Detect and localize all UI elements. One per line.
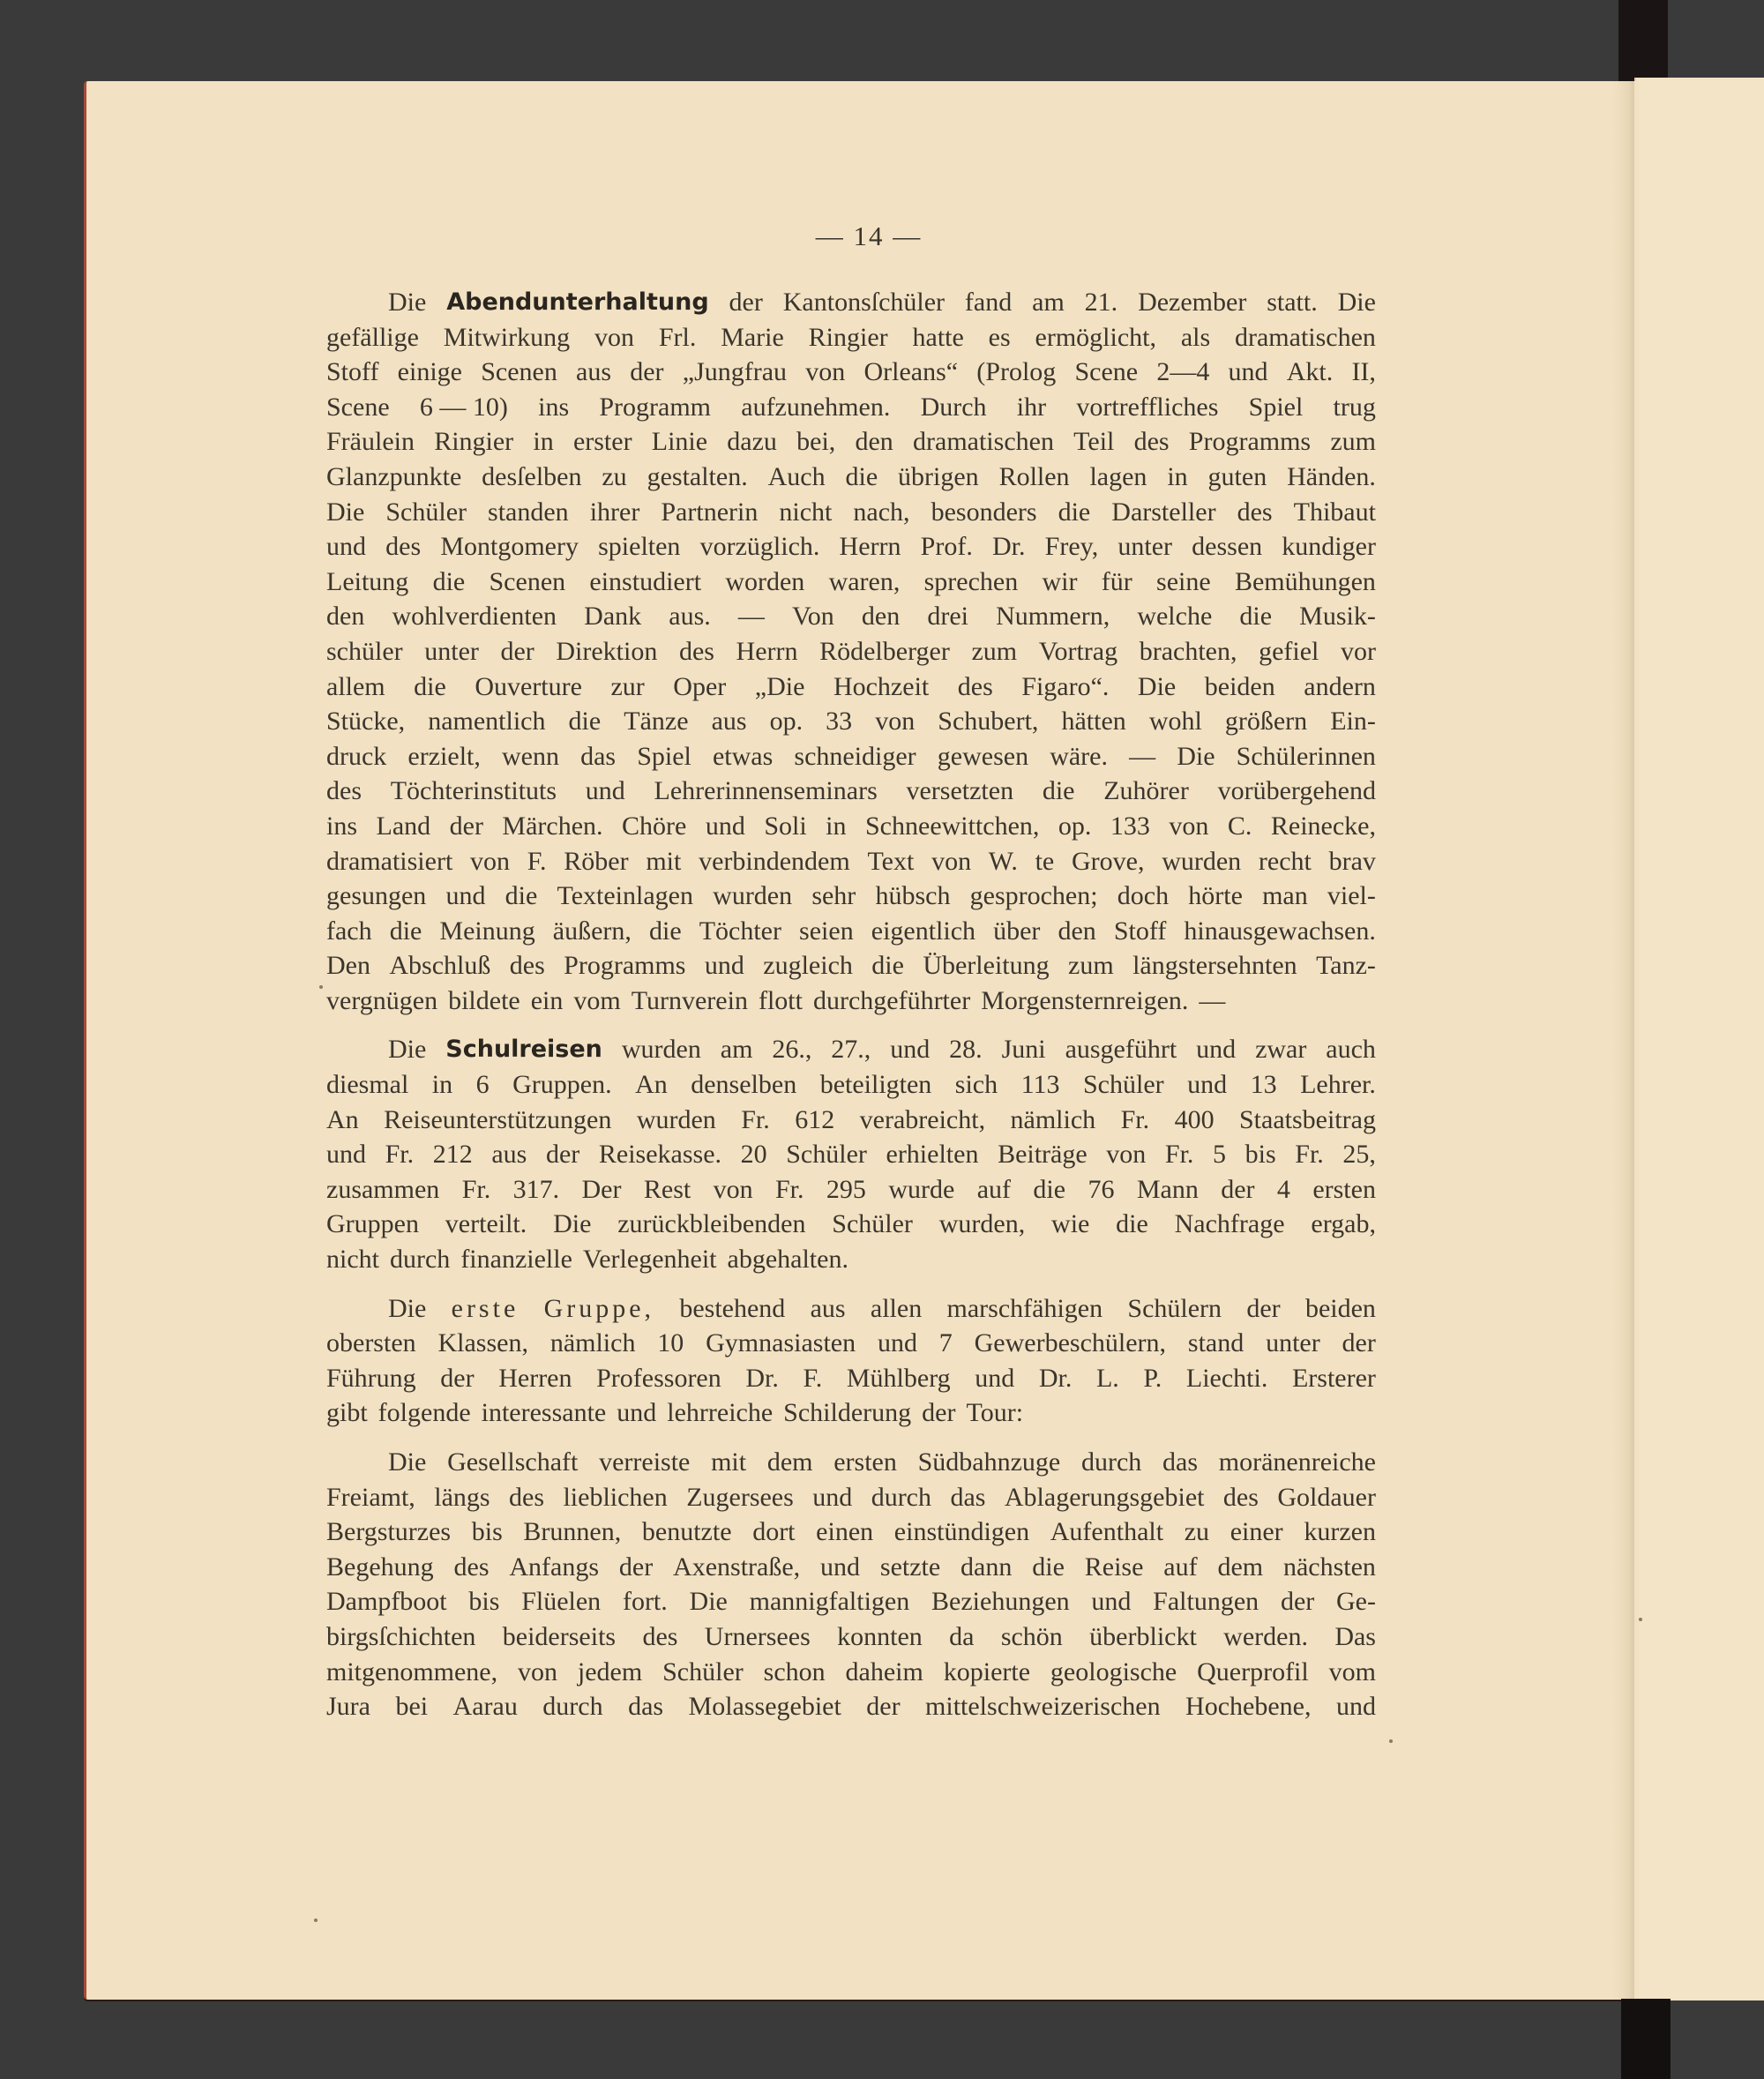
word: von: [1169, 809, 1208, 844]
word: nämlich: [1011, 1103, 1096, 1138]
word: in: [826, 809, 846, 844]
word: denselben: [691, 1067, 796, 1103]
text-line: unddesMontgomeryspieltenvorzüglich.Herrn…: [326, 529, 1376, 565]
word: des: [509, 1480, 544, 1515]
word: Das: [1334, 1619, 1376, 1655]
word: die: [433, 565, 466, 600]
word: fand: [965, 285, 1012, 320]
text-line: fachdieMeinungäußern,dieTöchterseieneige…: [326, 914, 1376, 949]
word: Schüler: [1083, 1067, 1164, 1103]
word: Faltungen: [1153, 1584, 1259, 1619]
text-line: Stücke,namentlichdieTänzeausop.33vonSchu…: [326, 704, 1376, 739]
word: flott: [759, 983, 803, 1019]
word: Dr.: [1039, 1361, 1073, 1396]
word: gewesen: [938, 739, 1028, 774]
word: schön: [1001, 1619, 1063, 1655]
word: Hochebene,: [1185, 1689, 1311, 1724]
word: Stücke,: [326, 704, 405, 739]
word: obersten: [326, 1326, 416, 1361]
text-line: DieersteGruppe,bestehendausallenmarschfä…: [326, 1291, 1376, 1327]
word: wäre.: [1050, 739, 1108, 774]
word: wohlverdienten: [392, 599, 557, 634]
text-line: diesmalin6Gruppen.Andenselbenbeteiligten…: [326, 1067, 1376, 1103]
word: 27.,: [831, 1032, 871, 1067]
word: gesungen: [326, 879, 426, 914]
word: Dr.: [745, 1361, 779, 1396]
word: „Die: [755, 669, 805, 705]
word: gestalten.: [647, 460, 748, 495]
word: Thibaut: [1294, 495, 1376, 530]
word: das: [580, 739, 616, 774]
word: Fr.: [385, 1137, 415, 1172]
word: durch: [1081, 1445, 1141, 1480]
word: Fr.: [1295, 1137, 1324, 1172]
word: statt.: [1267, 285, 1318, 320]
word: die: [1032, 1550, 1065, 1585]
word: unter: [424, 634, 479, 669]
body-text: DieAbendunterhaltungderKantonsſchülerfan…: [326, 285, 1376, 1739]
word: 400: [1175, 1103, 1215, 1138]
word: Staatsbeitrag: [1239, 1103, 1376, 1138]
word: Meinung: [439, 914, 534, 949]
word: Linie: [652, 424, 707, 460]
word: W.: [989, 844, 1018, 879]
word: erster: [573, 424, 632, 460]
word: dramatisiert: [326, 844, 452, 879]
word: Fr.: [462, 1172, 491, 1208]
word: Die: [388, 1445, 426, 1480]
text-line: StoffeinigeScenenausder„JungfrauvonOrlea…: [326, 355, 1376, 390]
word: 26.,: [772, 1032, 811, 1067]
word: den: [1058, 914, 1095, 949]
word: Flüelen: [521, 1584, 601, 1619]
word: Leitung: [326, 565, 408, 600]
word: Reise: [1085, 1550, 1144, 1585]
word: 6 — 10): [420, 390, 508, 425]
word: Dezember: [1138, 285, 1246, 320]
word: bei: [395, 1689, 428, 1724]
word: Morgensternreigen.: [981, 983, 1188, 1019]
word: zu: [1185, 1514, 1209, 1550]
word: Rest: [644, 1172, 691, 1208]
word: bestehend: [679, 1291, 785, 1327]
word: verreiste: [599, 1445, 690, 1480]
word: Ge-: [1336, 1584, 1376, 1619]
word: Texteinlagen: [557, 879, 693, 914]
word: dann: [960, 1550, 1012, 1585]
word: 7: [939, 1326, 953, 1361]
word: Montgomery: [440, 529, 579, 565]
word: einer: [1230, 1514, 1283, 1550]
text-line: druckerzielt,wenndasSpieletwasschneidige…: [326, 739, 1376, 774]
word: Gruppen.: [512, 1067, 611, 1103]
word: die: [1043, 774, 1075, 809]
word: Begehung: [326, 1550, 434, 1585]
word: vor: [1341, 634, 1376, 669]
word: Schubert,: [938, 704, 1038, 739]
text-line: DenAbschlußdesProgrammsundzugleichdieÜbe…: [326, 948, 1376, 983]
text-line: insLandderMärchen.ChöreundSoliinSchneewi…: [326, 809, 1376, 844]
word: die: [1239, 599, 1272, 634]
word: Ersterer: [1292, 1361, 1376, 1396]
word: zur: [610, 669, 644, 705]
book-spine-top: [1618, 0, 1668, 81]
word: trug: [1334, 390, 1376, 425]
word: Nummern,: [996, 599, 1110, 634]
word: beiden: [1205, 669, 1275, 705]
word: verbindendem: [699, 844, 850, 879]
word: Händen.: [1287, 460, 1376, 495]
text-line: Glanzpunktedesſelbenzugestalten.Auchdieü…: [326, 460, 1376, 495]
word: Glanzpunkte: [326, 460, 461, 495]
word: Mitwirkung: [444, 320, 570, 355]
text-line: desTöchterinstitutsundLehrerinnenseminar…: [326, 774, 1376, 809]
word: mannigfaltigen: [750, 1584, 910, 1619]
word: 612: [795, 1103, 834, 1138]
word: der: [866, 1689, 900, 1724]
word: das: [628, 1689, 663, 1724]
word: Grove,: [1072, 844, 1144, 879]
word: 133: [1110, 809, 1150, 844]
word: viel-: [1327, 879, 1376, 914]
word: Dank: [584, 599, 641, 634]
word: Töchter: [699, 914, 781, 949]
word: ihr: [1017, 390, 1046, 425]
word: 13: [1251, 1067, 1277, 1103]
word: Professoren: [596, 1361, 721, 1396]
word: Aarau: [453, 1689, 518, 1724]
word: kurzen: [1304, 1514, 1376, 1550]
word: folgende: [378, 1395, 471, 1431]
word: Die: [690, 1584, 728, 1619]
word: Spiel: [637, 739, 691, 774]
word: erzielt,: [407, 739, 480, 774]
word: wurden,: [939, 1207, 1025, 1242]
word: Rollen: [999, 460, 1070, 495]
word: Märchen.: [502, 809, 602, 844]
word: seine: [1156, 565, 1211, 600]
word: Spiel: [1249, 390, 1304, 425]
word: Musik-: [1299, 599, 1376, 634]
word: moränenreiche: [1219, 1445, 1376, 1480]
word: als: [1181, 320, 1210, 355]
word: welche: [1137, 599, 1212, 634]
word: Bergsturzes: [326, 1514, 451, 1550]
word: Gewerbeschülern,: [975, 1326, 1166, 1361]
word: Mann: [1137, 1172, 1199, 1208]
word: birgsſchichten: [326, 1619, 475, 1655]
word: Die: [388, 285, 426, 320]
word: und: [812, 1480, 852, 1515]
word: Dampfboot: [326, 1584, 447, 1619]
word: sehr: [811, 879, 856, 914]
text-line: gibtfolgendeinteressanteundlehrreicheSch…: [326, 1395, 1376, 1431]
word: Vortrag: [1039, 634, 1117, 669]
word: und: [1229, 355, 1268, 390]
word: Orleans“: [863, 355, 958, 390]
word: die: [845, 460, 878, 495]
paper-speck: [1389, 1739, 1393, 1743]
word: zwar: [1255, 1032, 1306, 1067]
word: Fr.: [741, 1103, 770, 1138]
word: daheim: [846, 1655, 923, 1690]
word: Reiseunterstützungen: [384, 1103, 611, 1138]
word: etwas: [713, 739, 773, 774]
word: zu: [602, 460, 626, 495]
word: und: [617, 1395, 656, 1431]
word: der: [450, 809, 483, 844]
word: am: [721, 1032, 753, 1067]
word: doch: [1117, 879, 1169, 914]
word: Schüler: [832, 1207, 913, 1242]
word: der: [1246, 1291, 1280, 1327]
word: und: [705, 948, 744, 983]
word: 212: [433, 1137, 473, 1172]
word: dramatischen: [913, 424, 1054, 460]
word: namentlich: [428, 704, 545, 739]
word: Ringier: [809, 320, 888, 355]
word: mitgenommene,: [326, 1655, 497, 1690]
word: 76: [1088, 1172, 1114, 1208]
word: druck: [326, 739, 386, 774]
word: Schneewittchen,: [865, 809, 1039, 844]
word: und: [1091, 1584, 1131, 1619]
word: 113: [1021, 1067, 1060, 1103]
word: II,: [1351, 355, 1375, 390]
word: die: [1033, 1172, 1065, 1208]
word: Röber: [564, 844, 628, 879]
word: hörte: [1188, 879, 1243, 914]
word: —: [738, 599, 765, 634]
word: und: [1196, 1032, 1236, 1067]
word: konnten: [837, 1619, 923, 1655]
word: interessante: [482, 1395, 607, 1431]
word: von: [518, 1655, 557, 1690]
word: eigentlich: [871, 914, 975, 949]
word: Querprofil: [1197, 1655, 1309, 1690]
word: 4: [1277, 1172, 1290, 1208]
word: drei: [927, 599, 968, 634]
word: des: [1134, 424, 1170, 460]
word: kopierte: [944, 1655, 1030, 1690]
word: durchgeführter: [813, 983, 970, 1019]
word: ausgeführt: [1065, 1032, 1177, 1067]
word: finanzielle: [460, 1242, 572, 1277]
word: Die: [388, 1291, 426, 1327]
word: marschfähigen: [947, 1291, 1103, 1327]
word: von: [875, 704, 915, 739]
word: verteilt.: [445, 1207, 527, 1242]
word: zum: [1068, 948, 1114, 983]
word: mittelschweizerischen: [925, 1689, 1161, 1724]
word: vorzüglich.: [700, 529, 820, 565]
word: der: [500, 634, 534, 669]
word: Prof.: [921, 529, 973, 565]
word: abgehalten.: [728, 1242, 848, 1277]
word: es: [989, 320, 1011, 355]
word: Scene: [326, 390, 390, 425]
word: und: [1336, 1689, 1376, 1724]
word: Hochzeit: [833, 669, 929, 705]
word: allem: [326, 669, 385, 705]
word: gefällige: [326, 320, 419, 355]
word: Programm: [599, 390, 711, 425]
word: benutzte: [642, 1514, 732, 1550]
word: gibt: [326, 1395, 368, 1431]
word: zurückbleibenden: [617, 1207, 805, 1242]
word: nicht: [326, 1242, 379, 1277]
word: Die: [388, 1032, 426, 1067]
word: einige: [398, 355, 462, 390]
word: Fr.: [775, 1172, 804, 1208]
word: bis: [468, 1584, 499, 1619]
word: und: [1187, 1067, 1227, 1103]
word: längs: [434, 1480, 490, 1515]
word: Turnverein: [632, 983, 748, 1019]
word: allen: [871, 1291, 922, 1327]
word: Fräulein: [326, 424, 415, 460]
text-line: oberstenKlassen,nämlich10Gymnasiastenund…: [326, 1326, 1376, 1361]
word: am: [1032, 285, 1065, 320]
word: seien: [799, 914, 854, 949]
word: Programms: [1189, 424, 1311, 460]
word: dort: [752, 1514, 795, 1550]
word: Schüler: [662, 1655, 744, 1690]
word: von: [714, 1172, 753, 1208]
word: aus: [491, 1137, 527, 1172]
word: von: [1106, 1137, 1146, 1172]
word: Marie: [721, 320, 784, 355]
word: op.: [1058, 809, 1092, 844]
word: ergab,: [1311, 1207, 1376, 1242]
text-line: FräuleinRingierinersterLiniedazubei,dend…: [326, 424, 1376, 460]
word: nach,: [853, 495, 909, 530]
word: Reisekasse.: [599, 1137, 721, 1172]
word: einstudiert: [589, 565, 701, 600]
word: Anfangs: [509, 1550, 599, 1585]
word: man: [1262, 879, 1308, 914]
word: Gymnasiasten: [706, 1326, 856, 1361]
text-line: nichtdurchfinanzielleVerlegenheitabgehal…: [326, 1242, 1376, 1277]
word: 2—4: [1156, 355, 1209, 390]
word: F.: [803, 1361, 822, 1396]
word: des: [510, 948, 545, 983]
word: und: [878, 1326, 917, 1361]
word: Stoff: [1114, 914, 1166, 949]
word: Beziehungen: [931, 1584, 1070, 1619]
word: unter: [1266, 1326, 1320, 1361]
word: fort.: [623, 1584, 668, 1619]
word: Zuhörer: [1103, 774, 1189, 809]
word: vortreffliches: [1076, 390, 1218, 425]
word: Südbahnzuge: [918, 1445, 1061, 1480]
word: durch: [871, 1480, 931, 1515]
word: den: [862, 599, 900, 634]
word: und: [890, 1032, 930, 1067]
word: Nachfrage: [1175, 1207, 1285, 1242]
word: übrigen: [898, 460, 979, 495]
word: Herrn: [736, 634, 798, 669]
word: aus: [712, 704, 747, 739]
word: Oper: [673, 669, 726, 705]
text-line: JurabeiAaraudurchdasMolassegebietdermitt…: [326, 1689, 1376, 1724]
word: Reinecke,: [1271, 809, 1376, 844]
text-line: Scene6 — 10)insProgrammaufzunehmen.Durch…: [326, 390, 1376, 425]
word: wohl: [1149, 704, 1202, 739]
word: des: [385, 529, 421, 565]
word: wir: [1043, 565, 1078, 600]
word: das: [950, 1480, 985, 1515]
word: hatte: [913, 320, 964, 355]
word: 33: [826, 704, 852, 739]
word: —: [1199, 983, 1225, 1019]
word: Verlegenheit: [583, 1242, 717, 1277]
word: des: [1223, 1480, 1259, 1515]
word: wurden: [622, 1032, 701, 1067]
word: und: [975, 1361, 1014, 1396]
word: einen: [816, 1514, 873, 1550]
word: Führung: [326, 1361, 416, 1396]
word: Beiträge: [998, 1137, 1088, 1172]
word: größern: [1225, 704, 1307, 739]
spaced-emphasis-word: Gruppe,: [544, 1291, 654, 1327]
word: 25,: [1342, 1137, 1376, 1172]
paper-speck: [319, 985, 323, 989]
word: (Prolog: [976, 355, 1056, 390]
word: 295: [826, 1172, 866, 1208]
word: Ringier: [434, 424, 513, 460]
word: Ouverture: [475, 669, 582, 705]
word: von: [594, 320, 634, 355]
word: längstersehnten: [1132, 948, 1297, 983]
word: wurden: [637, 1103, 716, 1138]
word: hübsch: [875, 879, 950, 914]
word: sprechen: [924, 565, 1019, 600]
word: 20: [741, 1137, 767, 1172]
word: sich: [955, 1067, 998, 1103]
word: der: [440, 1361, 474, 1396]
word: Freiamt,: [326, 1480, 415, 1515]
word: dessen: [1192, 529, 1262, 565]
word: Land: [377, 809, 431, 844]
word: zum: [971, 634, 1017, 669]
word: vom: [1329, 1655, 1376, 1690]
word: der: [630, 355, 663, 390]
word: von: [805, 355, 845, 390]
word: Klassen,: [437, 1326, 527, 1361]
facing-page: [1634, 78, 1764, 2000]
word: und: [820, 1550, 860, 1585]
word: nämlich: [550, 1326, 636, 1361]
text-line: Freiamt,längsdeslieblichenZugerseesunddu…: [326, 1480, 1376, 1515]
word: —: [1129, 739, 1155, 774]
word: guten: [1208, 460, 1267, 495]
text-line: schülerunterderDirektiondesHerrnRödelber…: [326, 634, 1376, 669]
word: verabreicht,: [860, 1103, 985, 1138]
word: vorübergehend: [1218, 774, 1376, 809]
word: wurden: [713, 879, 792, 914]
word: worden: [725, 565, 804, 600]
word: in: [533, 424, 553, 460]
word: Die: [1138, 669, 1176, 705]
word: nächsten: [1283, 1550, 1376, 1585]
bold-heading-word: Schulreisen: [445, 1032, 602, 1067]
word: die: [1116, 1207, 1148, 1242]
word: Abschluß: [389, 948, 490, 983]
word: der: [1221, 1172, 1254, 1208]
word: Bemühungen: [1235, 565, 1376, 600]
word: Den: [326, 948, 370, 983]
